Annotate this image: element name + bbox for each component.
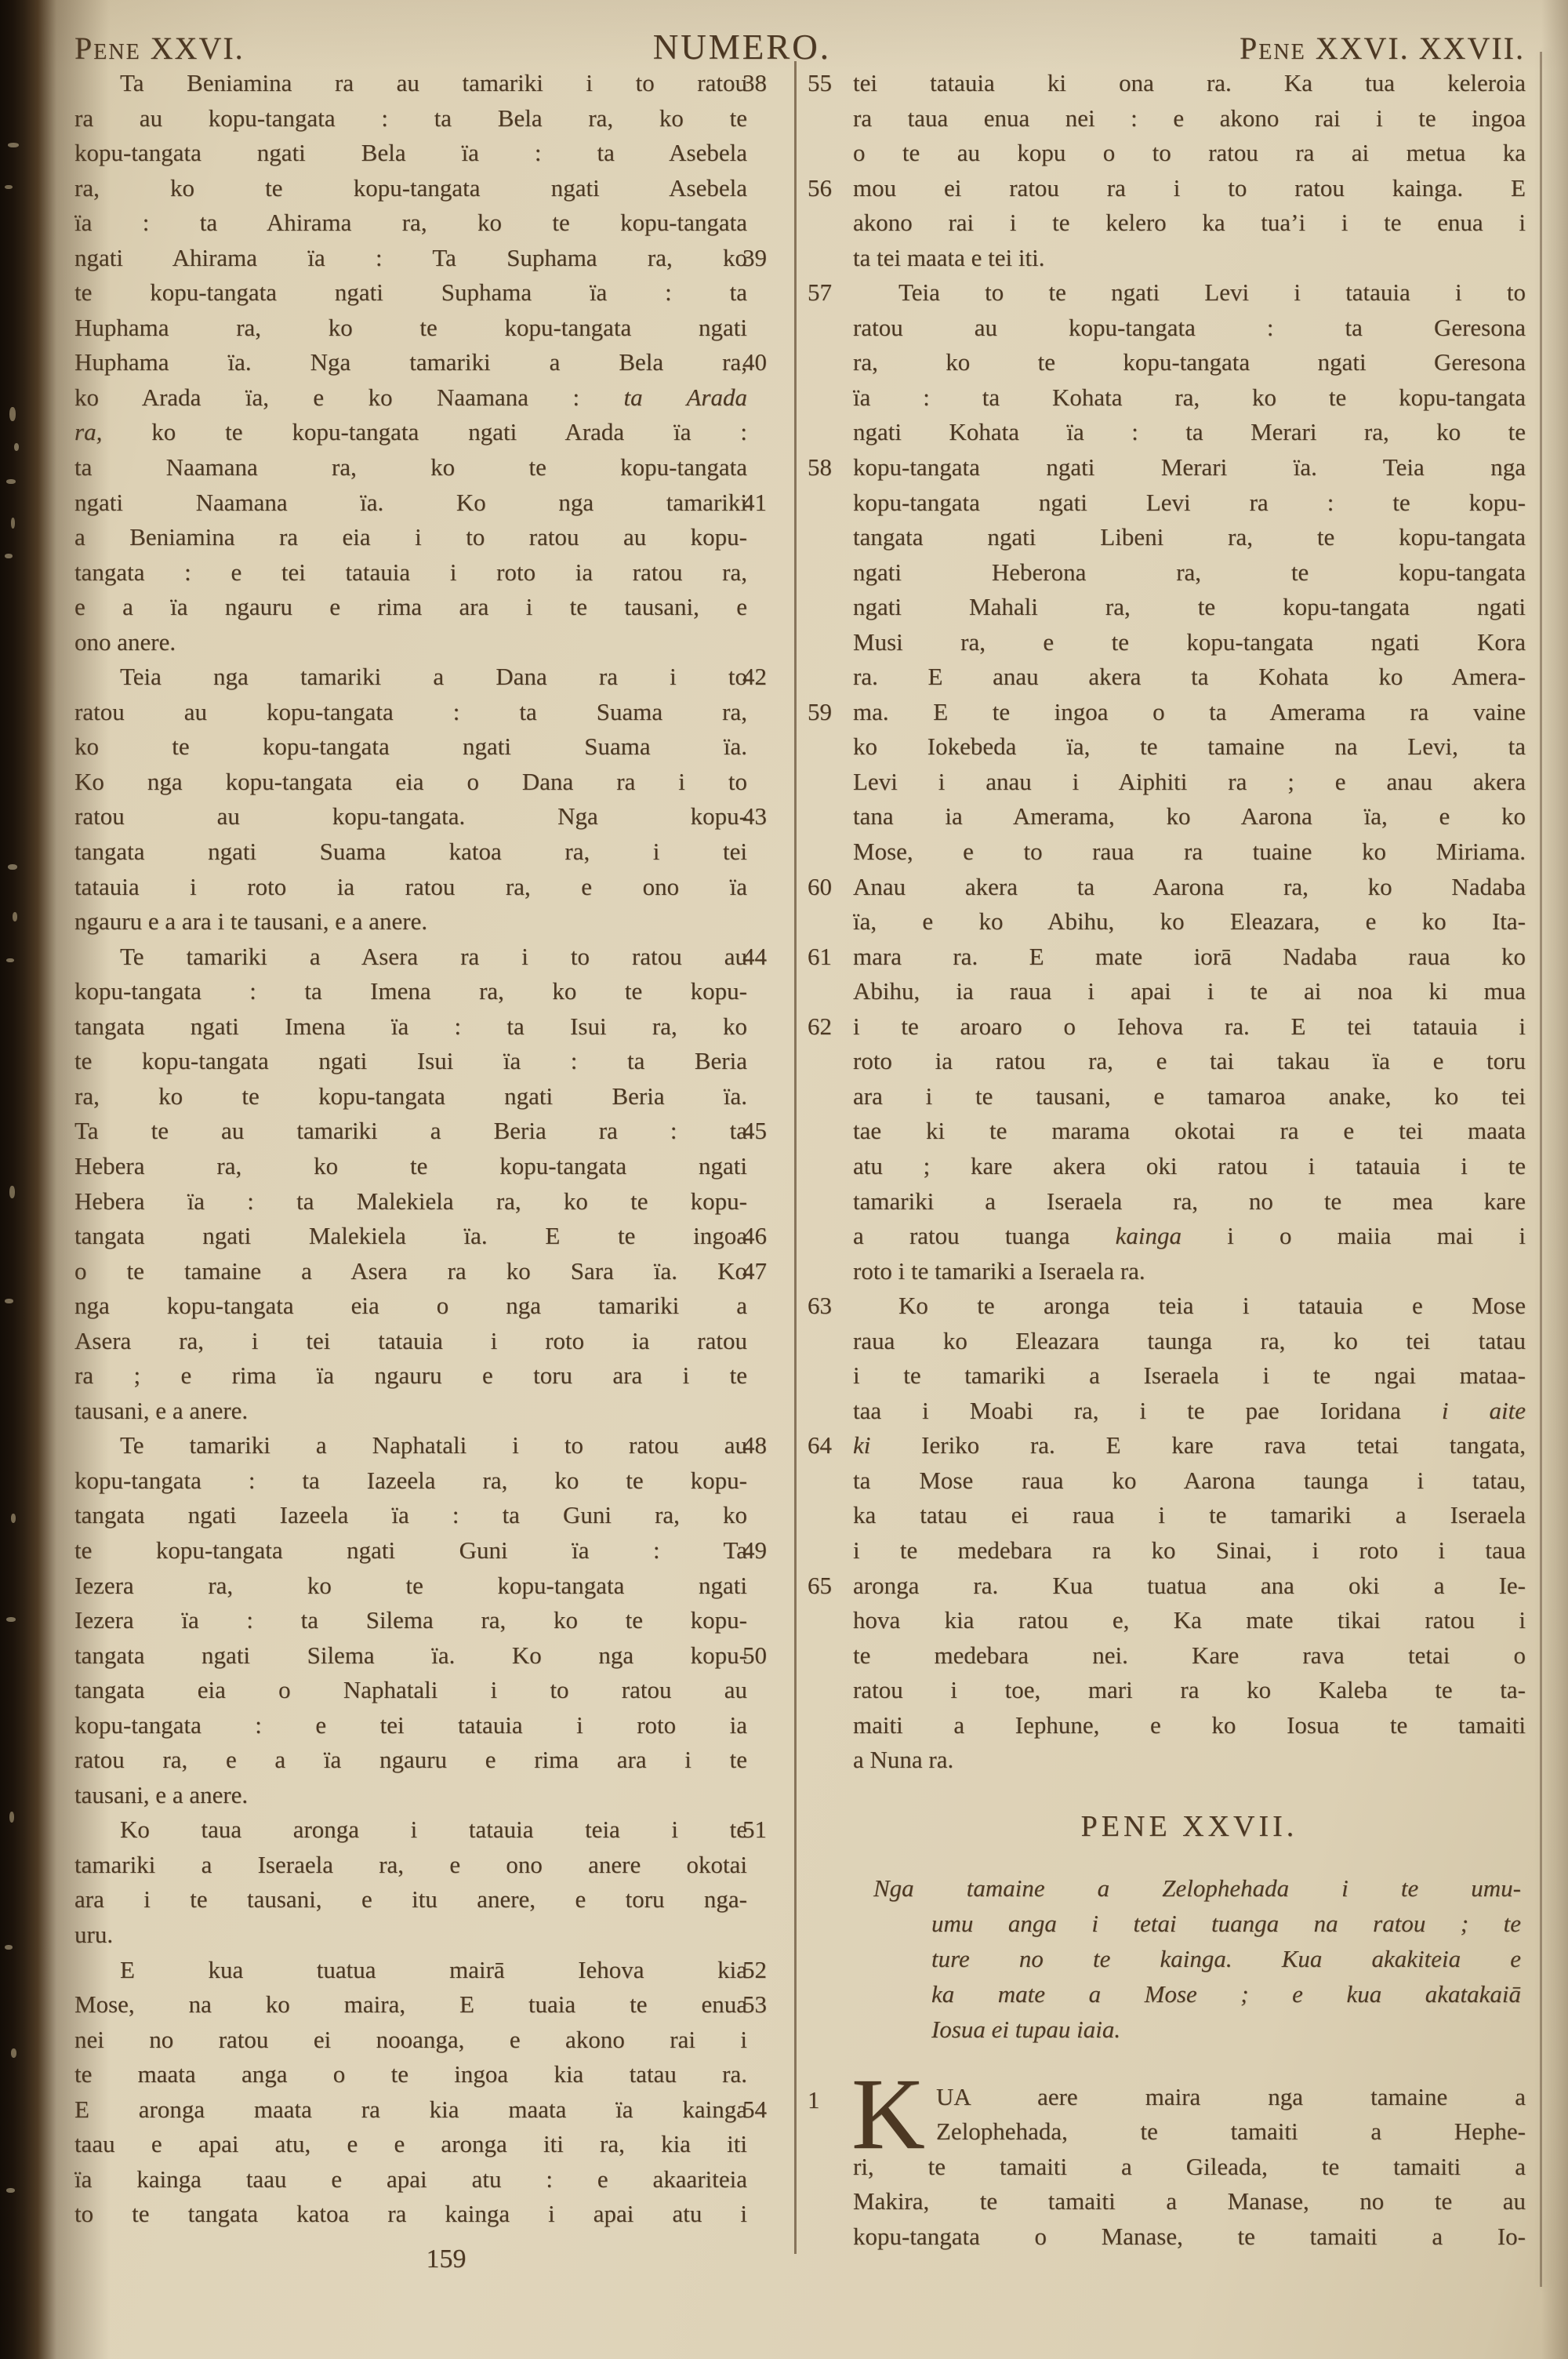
verse-text: ïa : ta Kohata ra, ko te kopu-tangata — [853, 383, 1526, 411]
verse-number: 58 — [808, 450, 848, 485]
verse-text: ïa kainga taau e apai atu : e akaariteia — [74, 2165, 747, 2193]
verse-text: ko te kopu-tangata ngati Suama ïa. — [74, 732, 747, 760]
verse-text-line: 40Huphama ïa. Nga tamariki a Bela ra, — [74, 345, 747, 380]
binding-texture-mark — [5, 1299, 13, 1303]
verse-text-line: ngauru e a ara i te tausani, e a anere. — [74, 904, 747, 940]
verse-text: ki Ieriko ra. E kare rava tetai tangata, — [853, 1431, 1526, 1459]
verse-text-line: Nga tamaine a Zelophehada i te umu- — [873, 1870, 1521, 1906]
verse-text: tatauia i roto ia ratou ra, e ono ïa — [74, 873, 747, 900]
verse-text-line: 63Ko te aronga teia i tatauia e Mose — [853, 1289, 1526, 1324]
verse-text-line: nei no ratou ei nooanga, e akono rai i — [74, 2023, 747, 2058]
verse-text: tamariki a Iseraela ra, no te mea kare — [853, 1187, 1526, 1215]
verse-text-line: ngati Heberona ra, te kopu-tangata — [853, 555, 1526, 591]
verse-text-line: taa i Moabi ra, i te pae Ioridana i aite — [853, 1394, 1526, 1429]
verse-text-line: ra ; e rima ïa ngauru e toru ara i te — [74, 1358, 747, 1394]
verse-text-line: te kopu-tangata ngati Suphama ïa : ta — [74, 275, 747, 311]
verse-text: ngati Heberona ra, te kopu-tangata — [853, 558, 1526, 586]
verse-text-line: ratou ra, e a ïa ngauru e rima ara i te — [74, 1743, 747, 1778]
verse-text-line: umu anga i tetai tuanga na ratou ; te — [873, 1906, 1521, 1941]
verse-text: kopu-tangata ngati Bela ïa : ta Asebela — [74, 139, 747, 166]
verse-number: 60 — [808, 870, 848, 905]
verse-text: mara ra. E mate iorā Nadaba raua ko — [853, 943, 1526, 970]
binding-texture-mark — [5, 185, 13, 189]
verse-text: Mose, na ko maira, E tuaia te enua — [74, 1990, 747, 2018]
verse-text-line: te kopu-tangata ngati Isui ïa : ta Beria — [74, 1044, 747, 1079]
verse-text: umu anga i tetai tuanga na ratou ; te — [931, 1910, 1521, 1937]
verse-text-line: 59ma. E te ingoa o ta Amerama ra vaine — [853, 695, 1526, 730]
verse-text: ta Mose raua ko Aarona taunga i tatau, — [853, 1467, 1526, 1494]
verse-text: uru. — [74, 1921, 113, 1948]
binding-texture-mark — [8, 864, 17, 870]
verse-text: te kopu-tangata ngati Isui ïa : ta Beria — [74, 1047, 747, 1074]
verse-text: ka tatau ei raua i te tamariki a Iserael… — [853, 1501, 1526, 1528]
verse-text: ko Arada ïa, e ko Naamana : ta Arada — [74, 383, 747, 411]
verse-text-line: atu ; kare akera oki ratou i tatauia i t… — [853, 1149, 1526, 1184]
verse-text: Mose, e to raua ra tuaine ko Miriama. — [853, 838, 1526, 865]
verse-text-line: ara i te tausani, e itu anere, e toru ng… — [74, 1882, 747, 1917]
binding-texture-mark — [6, 2188, 15, 2193]
binding-texture-mark — [11, 1514, 16, 1523]
binding-texture-mark — [8, 143, 19, 147]
verse-text: o te tamaine a Asera ra ko Sara ïa. Ko — [74, 1257, 747, 1285]
verse-text-line: 50tangata ngati Silema ïa. Ko nga kopu- — [74, 1638, 747, 1674]
verse-text: Teia to te ngati Levi i tatauia i to — [898, 278, 1526, 306]
binding-texture-mark — [9, 407, 16, 421]
verse-text-line: ïa kainga taau e apai atu : e akaariteia — [74, 2162, 747, 2197]
verse-text-line: ïa : ta Ahirama ra, ko te kopu-tangata — [74, 205, 747, 241]
verse-text: Levi i anau i Aiphiti ra ; e anau akera — [853, 768, 1526, 795]
verse-text: ngati Ahirama ïa : Ta Suphama ra, ko — [74, 244, 747, 271]
verse-number: 1 — [808, 2083, 848, 2118]
verse-text: Abihu, ia raua i apai i te ai noa ki mua — [853, 977, 1526, 1005]
verse-text: Hebera ra, ko te kopu-tangata ngati — [74, 1152, 747, 1179]
verse-text: mou ei ratou ra i to ratou kainga. E — [853, 174, 1526, 202]
verse-text-line: 64ki Ieriko ra. E kare rava tetai tangat… — [853, 1428, 1526, 1463]
verse-text: ratou au kopu-tangata : ta Suama ra, — [74, 698, 747, 725]
verse-text-line: tamariki a Iseraela ra, no te mea kare — [853, 1184, 1526, 1219]
verse-text: ara i te tausani, e tamaroa anake, ko te… — [853, 1082, 1526, 1110]
verse-text: maiti a Iephune, e ko Iosua te tamaiti — [853, 1711, 1526, 1739]
verse-text-line: to te tangata katoa ra kainga i apai atu… — [74, 2197, 747, 2232]
verse-text: raua ko Eleazara taunga ra, ko tei tatau — [853, 1327, 1526, 1354]
verse-text-line: ra au kopu-tangata : ta Bela ra, ko te — [74, 101, 747, 136]
binding-texture-mark — [9, 1812, 14, 1823]
page-number: 159 — [110, 2245, 782, 2274]
verse-text-line: 65aronga ra. Kua tuatua ana oki a Ie- — [853, 1568, 1526, 1604]
verse-text-line: tangata ngati Iazeela ïa : ta Guni ra, k… — [74, 1498, 747, 1533]
verse-text: tae ki te marama okotai ra e tei maata — [853, 1117, 1526, 1144]
verse-text: ra. E anau akera ta Kohata ko Amera- — [853, 663, 1526, 690]
binding-texture-mark — [6, 479, 16, 484]
verse-text-line: ra, ko te kopu-tangata ngati Asebela — [74, 171, 747, 206]
verse-text-line: ngati Kohata ïa : ta Merari ra, ko te — [853, 415, 1526, 450]
binding-texture-mark — [6, 958, 14, 962]
verse-number: 45 — [742, 1114, 788, 1149]
verse-text-line: ra, ko te kopu-tangata ngati Beria ïa. — [74, 1079, 747, 1114]
verse-text: aronga ra. Kua tuatua ana oki a Ie- — [853, 1572, 1526, 1599]
running-head-left: Pene XXVI. — [74, 30, 245, 67]
verse-text: UA aere maira nga tamaine a — [936, 2083, 1526, 2110]
verse-text: tangata ngati Suama katoa ra, i tei — [74, 838, 747, 865]
verse-text: kopu-tangata : ta Iazeela ra, ko te kopu… — [74, 1467, 747, 1494]
verse-text-line: tamariki a Iseraela ra, e ono anere okot… — [74, 1848, 747, 1883]
verse-text-line: te maata anga o te ingoa kia tatau ra. — [74, 2057, 747, 2092]
verse-text-line: ko Arada ïa, e ko Naamana : ta Arada — [74, 380, 747, 416]
verse-text: kopu-tangata ngati Levi ra : te kopu- — [853, 489, 1526, 516]
verse-text: Ta Beniamina ra au tamariki i to ratou — [120, 69, 747, 96]
verse-text: ratou ra, e a ïa ngauru e rima ara i te — [74, 1746, 747, 1773]
verse-number: 54 — [742, 2092, 788, 2128]
verse-number: 42 — [742, 660, 788, 695]
verse-text: a Nuna ra. — [853, 1746, 953, 1773]
verse-text-line: a Beniamina ra eia i to ratou au kopu- — [74, 520, 747, 555]
verse-text: Ko taua aronga i tatauia teia i te — [120, 1816, 747, 1843]
verse-text-line: 39ngati Ahirama ïa : Ta Suphama ra, ko — [74, 241, 747, 276]
verse-text-line: kopu-tangata ngati Bela ïa : ta Asebela — [74, 136, 747, 171]
running-head: Pene XXVI. NUMERO. Pene XXVI. XXVII. — [74, 27, 1525, 67]
verse-number: 64 — [808, 1428, 848, 1463]
verse-text-line: nga kopu-tangata eia o nga tamariki a — [74, 1289, 747, 1324]
verse-text-line: Levi i anau i Aiphiti ra ; e anau akera — [853, 765, 1526, 800]
verse-text-line: e a ïa ngauru e rima ara i te tausani, e — [74, 590, 747, 625]
verse-text-line: 56mou ei ratou ra i to ratou kainga. E — [853, 171, 1526, 206]
verse-text-line: raua ko Eleazara taunga ra, ko tei tatau — [853, 1324, 1526, 1359]
verse-text-line: tae ki te marama okotai ra e tei maata — [853, 1114, 1526, 1149]
verse-text: ono anere. — [74, 628, 176, 656]
verse-text: Nga tamaine a Zelophehada i te umu- — [873, 1874, 1521, 1902]
verse-text: tei tatauia ki ona ra. Ka tua keleroia — [853, 69, 1526, 96]
verse-text: Te tamariki a Asera ra i to ratou au — [120, 943, 747, 970]
verse-text-line: akono rai i te kelero ka tua’i i te enua… — [853, 205, 1526, 241]
verse-text-line: kopu-tangata o Manase, te tamaiti a Io- — [853, 2219, 1526, 2255]
verse-text: ture no te kainga. Kua akakiteia e — [931, 1945, 1521, 1972]
verse-text-line: Mose, e to raua ra tuaine ko Miriama. — [853, 834, 1526, 870]
verse-text: Anau akera ta Aarona ra, ko Nadaba — [853, 873, 1526, 900]
verse-text: roto ia ratou ra, e tai takau ïa e toru — [853, 1047, 1526, 1074]
verse-text: ta Naamana ra, ko te kopu-tangata — [74, 453, 747, 481]
verse-text: ratou au kopu-tangata. Nga kopu- — [74, 802, 747, 830]
verse-text-line: ko Iokebeda ïa, te tamaine na Levi, ta — [853, 729, 1526, 765]
verse-text: kopu-tangata : e tei tatauia i roto ia — [74, 1711, 747, 1739]
verse-text: tangata : e tei tatauia i roto ia ratou … — [74, 558, 747, 586]
verse-text: taa i Moabi ra, i te pae Ioridana i aite — [853, 1397, 1526, 1424]
verse-text: atu ; kare akera oki ratou i tatauia i t… — [853, 1152, 1526, 1179]
verse-text-line: 60Anau akera ta Aarona ra, ko Nadaba — [853, 870, 1526, 905]
verse-text-line: ara i te tausani, e tamaroa anake, ko te… — [853, 1079, 1526, 1114]
verse-number: 52 — [742, 1953, 788, 1988]
running-head-title: NUMERO. — [653, 27, 831, 67]
verse-text-line: tangata ngati Libeni ra, te kopu-tangata — [853, 520, 1526, 555]
verse-text: Ta te au tamariki a Beria ra : ta — [74, 1117, 747, 1144]
verse-text: te kopu-tangata ngati Suphama ïa : ta — [74, 278, 747, 306]
book-page: Pene XXVI. NUMERO. Pene XXVI. XXVII. 38T… — [0, 0, 1568, 2359]
verse-text: te kopu-tangata ngati Guni ïa : Ta — [74, 1536, 747, 1564]
verse-text: tangata eia o Naphatali i to ratou au — [74, 1676, 747, 1703]
verse-text: Teia nga tamariki a Dana ra i to — [120, 663, 747, 690]
verse-text-line: tangata ngati Suama katoa ra, i tei — [74, 834, 747, 870]
verse-text-line: 53Mose, na ko maira, E tuaia te enua — [74, 1987, 747, 2023]
verse-number: 38 — [742, 66, 788, 101]
running-head-right: Pene XXVI. XXVII. — [1240, 30, 1525, 67]
verse-text-line: ta Mose raua ko Aarona taunga i tatau, — [853, 1463, 1526, 1499]
verse-text: roto i te tamariki a Iseraela ra. — [853, 1257, 1145, 1285]
verse-text: tangata ngati Libeni ra, te kopu-tangata — [853, 523, 1526, 551]
verse-text: akono rai i te kelero ka tua’i i te enua… — [853, 209, 1526, 236]
verse-text: ma. E te ingoa o ta Amerama ra vaine — [853, 698, 1526, 725]
verse-text-line: o te au kopu o to ratou ra ai metua ka — [853, 136, 1526, 171]
verse-number: 43 — [742, 799, 788, 834]
verse-text: tana ia Amerama, ko Aarona ïa, e ko — [853, 802, 1526, 830]
verse-text: Iezera ïa : ta Silema ra, ko te kopu- — [74, 1606, 747, 1634]
verse-text-line: 52E kua tuatua mairā Iehova kia — [74, 1953, 747, 1988]
verse-text-line: Musi ra, e te kopu-tangata ngati Kora — [853, 625, 1526, 660]
binding-texture-mark — [11, 2048, 16, 2058]
verse-text-line: 49te kopu-tangata ngati Guni ïa : Ta — [74, 1533, 747, 1568]
verse-text-line: 57Teia to te ngati Levi i tatauia i to — [853, 275, 1526, 311]
verse-text-line: 51Ko taua aronga i tatauia teia i te — [74, 1812, 747, 1848]
verse-number: 53 — [742, 1987, 788, 2023]
verse-text-line: Huphama ra, ko te kopu-tangata ngati — [74, 311, 747, 346]
verse-text-line: ratou au kopu-tangata : ta Suama ra, — [74, 695, 747, 730]
verse-text: kopu-tangata : ta Imena ra, ko te kopu- — [74, 977, 747, 1005]
verse-text-line: 61mara ra. E mate iorā Nadaba raua ko — [853, 940, 1526, 975]
right-text-column: 55tei tatauia ki ona ra. Ka tua keleroia… — [853, 66, 1526, 2255]
verse-text-line: 47o te tamaine a Asera ra ko Sara ïa. Ko — [74, 1254, 747, 1289]
verse-text: ta tei maata e tei iti. — [853, 244, 1044, 271]
verse-text-line: maiti a Iephune, e ko Iosua te tamaiti — [853, 1708, 1526, 1743]
verse-text: ra, ko te kopu-tangata ngati Geresona — [853, 348, 1526, 376]
verse-text-line: kopu-tangata : e tei tatauia i roto ia — [74, 1708, 747, 1743]
verse-text: E kua tuatua mairā Iehova kia — [120, 1956, 747, 1983]
verse-text: ngauru e a ara i te tausani, e a anere. — [74, 907, 427, 935]
chapter-heading: PENE XXVII. — [853, 1809, 1526, 1847]
verse-text-line: 54E aronga maata ra kia maata ïa kainga — [74, 2092, 747, 2128]
verse-text: tangata ngati Iazeela ïa : ta Guni ra, k… — [74, 1501, 747, 1528]
verse-text-line: 44Te tamariki a Asera ra i to ratou au — [74, 940, 747, 975]
verse-number: 41 — [742, 485, 788, 521]
verse-number: 40 — [742, 345, 788, 380]
verse-text-line: UA aere maira nga tamaine a — [853, 2080, 1526, 2115]
verse-text-line: 38Ta Beniamina ra au tamariki i to ratou — [74, 66, 747, 101]
verse-text-line: Ko nga kopu-tangata eia o Dana ra i to — [74, 765, 747, 800]
verse-number: 56 — [808, 171, 848, 206]
verse-text: ra, ko te kopu-tangata ngati Beria ïa. — [74, 1082, 747, 1110]
verse-text: tangata ngati Malekiela ïa. E te ingoa — [74, 1222, 747, 1249]
verse-text-line: ra, ko te kopu-tangata ngati Geresona — [853, 345, 1526, 380]
verse-text-line: ka mate a Mose ; e kua akatakaiā — [873, 1976, 1521, 2012]
verse-text: tausani, e a anere. — [74, 1781, 248, 1808]
verse-text: Hebera ïa : ta Malekiela ra, ko te kopu- — [74, 1187, 747, 1215]
verse-text: nei no ratou ei nooanga, e akono rai i — [74, 2026, 747, 2053]
verse-text-line: a Nuna ra. — [853, 1743, 1526, 1778]
verse-text-line: ta Naamana ra, ko te kopu-tangata — [74, 450, 747, 485]
verse-text: ngati Naamana ïa. Ko nga tamariki — [74, 489, 747, 516]
verse-text: a Beniamina ra eia i to ratou au kopu- — [74, 523, 747, 551]
verse-text-line: 55tei tatauia ki ona ra. Ka tua keleroia — [853, 66, 1526, 101]
verse-text: nga kopu-tangata eia o nga tamariki a — [74, 1292, 747, 1319]
verse-text: e a ïa ngauru e rima ara i te tausani, e — [74, 593, 747, 620]
verse-text: te medebara nei. Kare rava tetai o — [853, 1641, 1526, 1669]
verse-text-line: ture no te kainga. Kua akakiteia e — [873, 1941, 1521, 1976]
verse-text: Musi ra, e te kopu-tangata ngati Kora — [853, 628, 1526, 656]
verse-text-line: tausani, e a anere. — [74, 1394, 747, 1429]
verse-text: Iosua ei tupau iaia. — [931, 2016, 1120, 2043]
verse-text-line: kopu-tangata ngati Levi ra : te kopu- — [853, 485, 1526, 521]
verse-text: ka mate a Mose ; e kua akatakaiā — [931, 1980, 1521, 2008]
verse-text-line: ïa, e ko Abihu, ko Eleazara, e ko Ita- — [853, 904, 1526, 940]
verse-text: ngati Mahali ra, te kopu-tangata ngati — [853, 593, 1526, 620]
verse-number: 61 — [808, 940, 848, 975]
verse-text: Zelophehada, te tamaiti a Hephe- — [936, 2117, 1526, 2145]
verse-text-line: kopu-tangata : ta Iazeela ra, ko te kopu… — [74, 1463, 747, 1499]
verse-text-line: tana ia Amerama, ko Aarona ïa, e ko — [853, 799, 1526, 834]
binding-texture-mark — [11, 518, 15, 529]
verse-text-line: uru. — [74, 1917, 747, 1953]
verse-text-line: Zelophehada, te tamaiti a Hephe- — [853, 2114, 1526, 2150]
verse-number: 51 — [742, 1812, 788, 1848]
verse-number: 49 — [742, 1533, 788, 1568]
verse-text-line: roto i te tamariki a Iseraela ra. — [853, 1254, 1526, 1289]
verse-text-line: tangata eia o Naphatali i to ratou au — [74, 1673, 747, 1708]
verse-text-line: tausani, e a anere. — [74, 1778, 747, 1813]
verse-text-line: te medebara nei. Kare rava tetai o — [853, 1638, 1526, 1674]
verse-text-line: 42Teia nga tamariki a Dana ra i to — [74, 660, 747, 695]
verse-text: ri, te tamaiti a Gileada, te tamaiti a — [853, 2153, 1526, 2180]
verse-text: tamariki a Iseraela ra, e ono anere okot… — [74, 1851, 747, 1878]
verse-number: 57 — [808, 275, 848, 311]
verse-text: E aronga maata ra kia maata ïa kainga — [74, 2095, 747, 2123]
verse-text-line: roto ia ratou ra, e tai takau ïa e toru — [853, 1044, 1526, 1079]
verse-number: 39 — [742, 241, 788, 276]
verse-text: ïa : ta Ahirama ra, ko te kopu-tangata — [74, 209, 747, 236]
verse-text: hova kia ratou e, Ka mate tikai ratou i — [853, 1606, 1526, 1634]
verse-text-line: i te medebara ra ko Sinai, i roto i taua — [853, 1533, 1526, 1568]
verse-text: ara i te tausani, e itu anere, e toru ng… — [74, 1885, 747, 1913]
verse-text: i te aroaro o Iehova ra. E tei tatauia i — [853, 1012, 1526, 1040]
binding-texture-mark — [14, 443, 19, 451]
verse-text: ratou i toe, mari ra ko Kaleba te ta- — [853, 1676, 1526, 1703]
verse-text-line: tatauia i roto ia ratou ra, e ono ïa — [74, 870, 747, 905]
verse-number: 47 — [742, 1254, 788, 1289]
verse-text: Te tamariki a Naphatali i to ratou au — [120, 1431, 747, 1459]
verse-number: 62 — [808, 1009, 848, 1045]
verse-text: Makira, te tamaiti a Manase, no te au — [853, 2187, 1526, 2215]
verse-text-line: taau e apai atu, e e aronga iti ra, kia … — [74, 2127, 747, 2162]
verse-text-line: Asera ra, i tei tatauia i roto ia ratou — [74, 1324, 747, 1359]
verse-text-line: ko te kopu-tangata ngati Suama ïa. — [74, 729, 747, 765]
binding-texture-mark — [5, 1945, 13, 1950]
verse-text: ko Iokebeda ïa, te tamaine na Levi, ta — [853, 732, 1526, 760]
verse-text-line: 45Ta te au tamariki a Beria ra : ta — [74, 1114, 747, 1149]
verse-text: o te au kopu o to ratou ra ai metua ka — [853, 139, 1526, 166]
verse-text-line: 41ngati Naamana ïa. Ko nga tamariki — [74, 485, 747, 521]
verse-text-line: ta tei maata e tei iti. — [853, 241, 1526, 276]
verse-number: 48 — [742, 1428, 788, 1463]
verse-text-line: ratou i toe, mari ra ko Kaleba te ta- — [853, 1673, 1526, 1708]
verse-text-line: kopu-tangata : ta Imena ra, ko te kopu- — [74, 974, 747, 1009]
verse-text: tangata ngati Silema ïa. Ko nga kopu- — [74, 1641, 747, 1669]
verse-text: Ko nga kopu-tangata eia o Dana ra i to — [74, 768, 747, 795]
verse-text-line: Hebera ra, ko te kopu-tangata ngati — [74, 1149, 747, 1184]
verse-text-line: ra taua enua nei : e akono rai i te ingo… — [853, 101, 1526, 136]
verse-number: 44 — [742, 940, 788, 975]
verse-text: i te tamariki a Iseraela i te ngai mataa… — [853, 1361, 1526, 1389]
verse-text: i te medebara ra ko Sinai, i roto i taua — [853, 1536, 1526, 1564]
binding-texture-mark — [9, 1186, 15, 1198]
verse-text-line: 58kopu-tangata ngati Merari ïa. Teia nga — [853, 450, 1526, 485]
column-divider-rule — [794, 61, 797, 2254]
verse-text-line: ratou au kopu-tangata : ta Geresona — [853, 311, 1526, 346]
verse-text-line: ra, ko te kopu-tangata ngati Arada ïa : — [74, 415, 747, 450]
verse-text-line: 46tangata ngati Malekiela ïa. E te ingoa — [74, 1219, 747, 1254]
verse-text-line: ono anere. — [74, 625, 747, 660]
verse-text: ra ; e rima ïa ngauru e toru ara i te — [74, 1361, 747, 1389]
verse-text-line: 43ratou au kopu-tangata. Nga kopu- — [74, 799, 747, 834]
verse-text-line: Iezera ra, ko te kopu-tangata ngati — [74, 1568, 747, 1604]
left-text-column: 38Ta Beniamina ra au tamariki i to ratou… — [74, 66, 747, 2232]
verse-text-line: i te tamariki a Iseraela i te ngai mataa… — [853, 1358, 1526, 1394]
verse-text-line: Abihu, ia raua i apai i te ai noa ki mua — [853, 974, 1526, 1009]
verse-text-line: 62i te aroaro o Iehova ra. E tei tatauia… — [853, 1009, 1526, 1045]
verse-text-line: ri, te tamaiti a Gileada, te tamaiti a — [853, 2150, 1526, 2185]
verse-text-line: 48Te tamariki a Naphatali i to ratou au — [74, 1428, 747, 1463]
right-column-verses: 55tei tatauia ki ona ra. Ka tua keleroia… — [853, 66, 1526, 1778]
verse-text: a ratou tuanga kainga i o maiia mai i — [853, 1222, 1526, 1249]
verse-text: Asera ra, i tei tatauia i roto ia ratou — [74, 1327, 747, 1354]
verse-text-line: ka tatau ei raua i te tamariki a Iserael… — [853, 1498, 1526, 1533]
verse-number: 46 — [742, 1219, 788, 1254]
verse-text-line: ngati Mahali ra, te kopu-tangata ngati — [853, 590, 1526, 625]
verse-text-line: Iosua ei tupau iaia. — [873, 2012, 1521, 2047]
binding-texture-mark — [13, 912, 17, 921]
verse-text: to te tangata katoa ra kainga i apai atu… — [74, 2200, 747, 2227]
verse-text: Huphama ïa. Nga tamariki a Bela ra, — [74, 348, 747, 376]
binding-texture-mark — [5, 554, 13, 558]
verse-text-line: Makira, te tamaiti a Manase, no te au — [853, 2184, 1526, 2219]
verse-text: ïa, e ko Abihu, ko Eleazara, e ko Ita- — [853, 907, 1526, 935]
verse-text-line: ïa : ta Kohata ra, ko te kopu-tangata — [853, 380, 1526, 416]
page-edge-shadow — [1541, 0, 1568, 2359]
verse-text: ra, ko te kopu-tangata ngati Asebela — [74, 174, 747, 202]
verse-text-line: hova kia ratou e, Ka mate tikai ratou i — [853, 1603, 1526, 1638]
verse-number: 63 — [808, 1289, 848, 1324]
verse-text-line: Hebera ïa : ta Malekiela ra, ko te kopu- — [74, 1184, 747, 1219]
verse-text: ra au kopu-tangata : ta Bela ra, ko te — [74, 104, 747, 132]
verse-text: tausani, e a anere. — [74, 1397, 248, 1424]
verse-text: ngati Kohata ïa : ta Merari ra, ko te — [853, 418, 1526, 445]
verse-text: ratou au kopu-tangata : ta Geresona — [853, 314, 1526, 341]
verse-text: ra taua enua nei : e akono rai i te ingo… — [853, 104, 1526, 132]
verse-number: 65 — [808, 1568, 848, 1604]
binding-texture-mark — [6, 1617, 16, 1622]
verse-text-line: tangata : e tei tatauia i roto ia ratou … — [74, 555, 747, 591]
verse-text: ra, ko te kopu-tangata ngati Arada ïa : — [74, 418, 747, 445]
verse-text: Huphama ra, ko te kopu-tangata ngati — [74, 314, 747, 341]
verse-number: 50 — [742, 1638, 788, 1674]
verse-text: tangata ngati Imena ïa : ta Isui ra, ko — [74, 1012, 747, 1040]
verse-text: Ko te aronga teia i tatauia e Mose — [898, 1292, 1526, 1319]
chapter-summary: Nga tamaine a Zelophehada i te umu-umu a… — [853, 1870, 1526, 2047]
verse-text-line: a ratou tuanga kainga i o maiia mai i — [853, 1219, 1526, 1254]
verse-text-line: Iezera ïa : ta Silema ra, ko te kopu- — [74, 1603, 747, 1638]
verse-text: kopu-tangata ngati Merari ïa. Teia nga — [853, 453, 1526, 481]
verse-number: 59 — [808, 695, 848, 730]
verse-text: kopu-tangata o Manase, te tamaiti a Io- — [853, 2223, 1526, 2250]
verse-number: 55 — [808, 66, 848, 101]
verse-text-line: ra. E anau akera ta Kohata ko Amera- — [853, 660, 1526, 695]
verse-text-line: tangata ngati Imena ïa : ta Isui ra, ko — [74, 1009, 747, 1045]
verse-1-lines: UA aere maira nga tamaine aZelophehada, … — [853, 2080, 1526, 2255]
